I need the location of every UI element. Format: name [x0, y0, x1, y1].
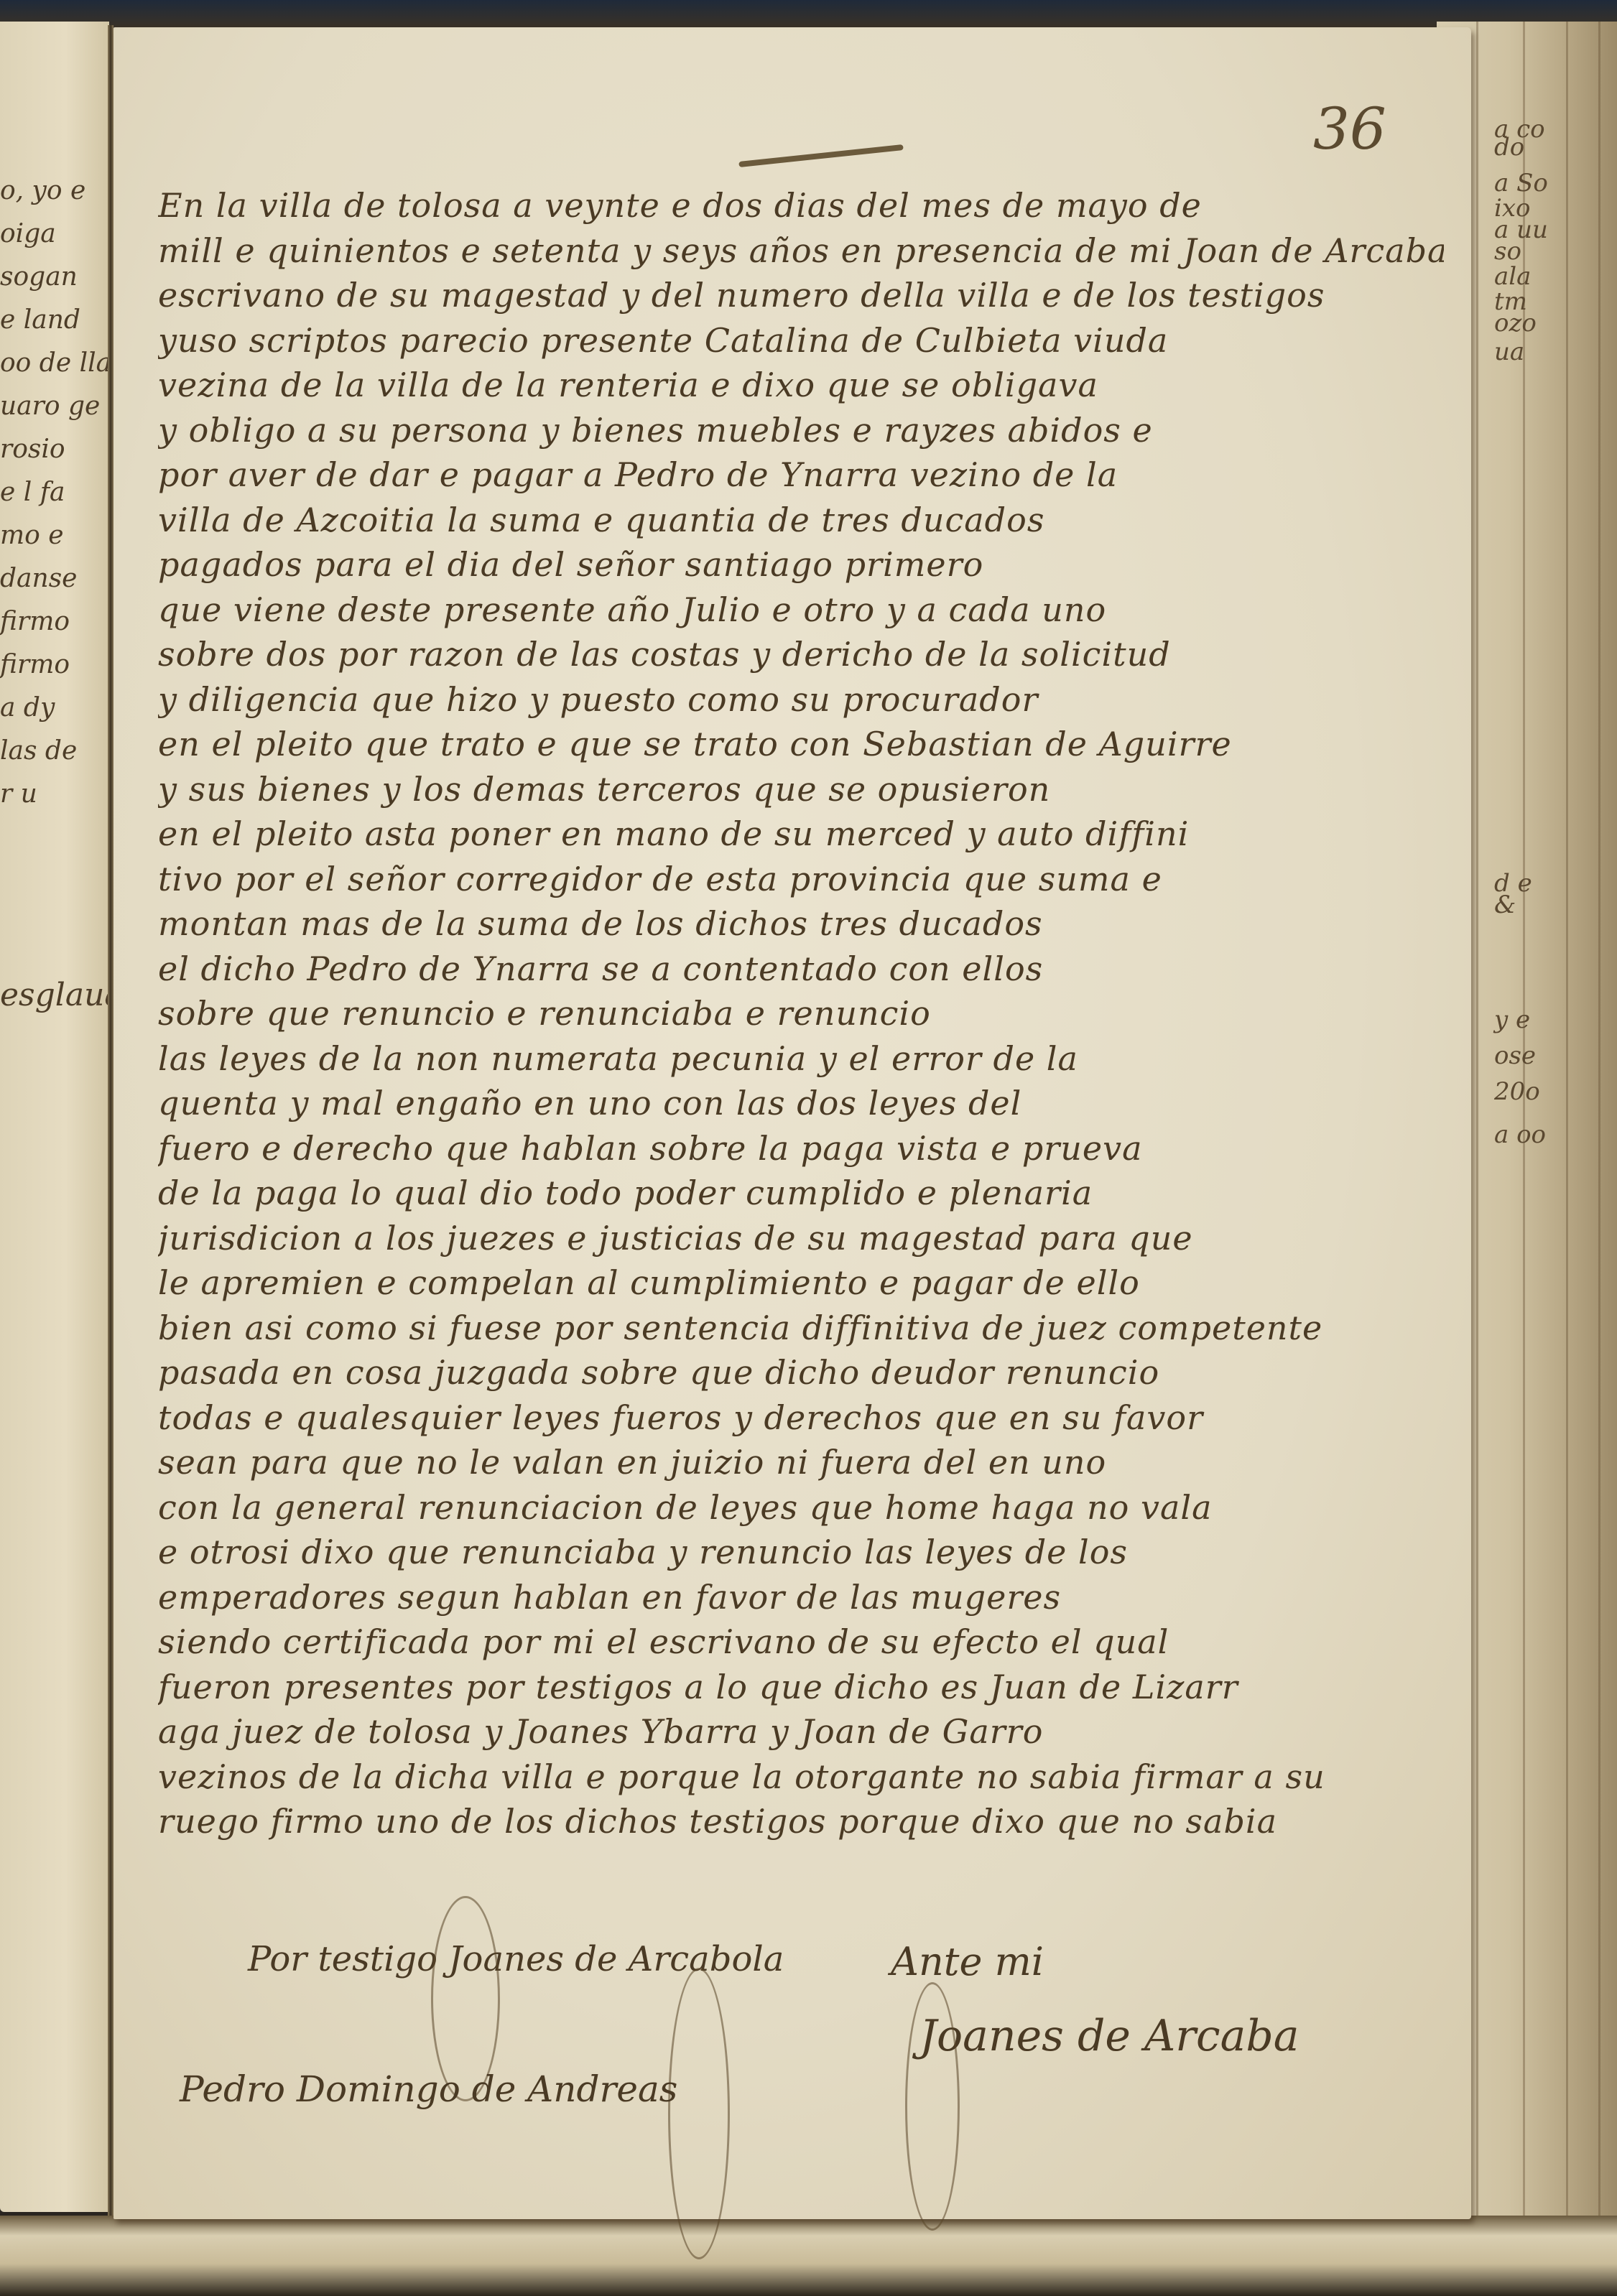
left-page-fragment: mo e [0, 521, 108, 550]
margin-fragment: a So [1494, 169, 1548, 197]
text-line: de la paga lo qual dio todo poder cumpli… [158, 1171, 1444, 1216]
text-line: en el pleito asta poner en mano de su me… [158, 812, 1444, 857]
text-line: aga juez de tolosa y Joanes Ybarra y Joa… [158, 1709, 1444, 1754]
left-page-fragment: e land [0, 305, 108, 335]
text-line: fueron presentes por testigos a lo que d… [158, 1665, 1444, 1710]
text-line: y sus bienes y los demas terceros que se… [158, 767, 1444, 812]
left-page-fragment: e l fa [0, 478, 108, 507]
left-page-fragment: a dy [0, 693, 108, 722]
text-line: pagados para el dia del señor santiago p… [158, 542, 1444, 587]
left-page-fragment: o, yo e [0, 176, 108, 205]
left-page-fragment: firmo [0, 607, 108, 636]
text-line: vezina de la villa de la renteria e dixo… [158, 363, 1444, 408]
signature-notary: Joanes de Arcaba [919, 2011, 1299, 2061]
text-line: sean para que no le valan en juizio ni f… [158, 1440, 1444, 1485]
margin-fragment: a oo [1494, 1120, 1546, 1149]
left-page-fragment: las de [0, 736, 108, 766]
text-line: montan mas de la suma de los dichos tres… [158, 901, 1444, 947]
text-line: En la villa de tolosa a veynte e dos dia… [158, 183, 1444, 228]
margin-fragment: ala [1494, 262, 1531, 291]
text-line: y diligencia que hizo y puesto como su p… [158, 677, 1444, 722]
header-flourish [738, 144, 904, 167]
folio-number: 36 [1313, 96, 1386, 162]
text-line: e otrosi dixo que renunciaba y renuncio … [158, 1530, 1444, 1575]
margin-fragment: & [1494, 891, 1516, 919]
text-line: ruego firmo uno de los dichos testigos p… [158, 1799, 1444, 1844]
text-line: escrivano de su magestad y del numero de… [158, 273, 1444, 318]
scanner-background-top [0, 0, 1617, 29]
left-page-fragment: firmo [0, 650, 108, 679]
left-page-fragment: sogan [0, 262, 108, 292]
text-line: pasada en cosa juzgada sobre que dicho d… [158, 1350, 1444, 1395]
signature-flourish [668, 1968, 730, 2259]
text-line: con la general renunciacion de leyes que… [158, 1485, 1444, 1530]
text-line: emperadores segun hablan en favor de las… [158, 1575, 1444, 1620]
signature-second: Pedro Domingo de Andreas [180, 2068, 677, 2110]
margin-fragment: ozo [1494, 309, 1537, 338]
text-line: siendo certificada por mi el escrivano d… [158, 1619, 1444, 1665]
text-line: tivo por el señor corregidor de esta pro… [158, 857, 1444, 902]
text-line: mill e quinientos e setenta y seys años … [158, 228, 1444, 274]
text-line: vezinos de la dicha villa e porque la ot… [158, 1754, 1444, 1800]
margin-fragment: y e [1494, 1005, 1530, 1034]
text-line: quenta y mal engaño en uno con las dos l… [158, 1081, 1444, 1126]
text-line: yuso scriptos parecio presente Catalina … [158, 318, 1444, 363]
left-page-fragment: rosio [0, 434, 108, 464]
text-line: sobre que renuncio e renunciaba e renunc… [158, 991, 1444, 1036]
left-page-fragment: r u [0, 779, 108, 809]
text-line: las leyes de la non numerata pecunia y e… [158, 1036, 1444, 1082]
left-page-fragment: uaro ge [0, 391, 108, 421]
margin-fragment: ose [1494, 1041, 1536, 1070]
left-page-fragment: oo de lla [0, 348, 108, 378]
text-line: en el pleito que trato e que se trato co… [158, 722, 1444, 767]
margin-fragment: so [1494, 237, 1521, 266]
book-gutter [108, 25, 113, 2223]
page-stack-bottom [0, 2216, 1617, 2296]
text-line: bien asi como si fuese por sentencia dif… [158, 1306, 1444, 1351]
margin-fragment: do [1494, 133, 1524, 162]
left-facing-page: o, yo e oiga sogan e land oo de lla uaro… [0, 22, 109, 2212]
text-line: por aver de dar e pagar a Pedro de Ynarr… [158, 452, 1444, 498]
signature-flourish [905, 1982, 960, 2231]
margin-fragment: 20o [1494, 1077, 1540, 1106]
text-line: jurisdicion a los juezes e justicias de … [158, 1216, 1444, 1261]
text-line: villa de Azcoitia la suma e quantia de t… [158, 498, 1444, 543]
text-line: que viene deste presente año Julio e otr… [158, 587, 1444, 633]
left-page-fragment: oiga [0, 219, 108, 248]
text-line: el dicho Pedro de Ynarra se a contentado… [158, 947, 1444, 992]
manuscript-text: En la villa de tolosa a veynte e dos dia… [158, 183, 1444, 1844]
text-line: sobre dos por razon de las costas y deri… [158, 632, 1444, 677]
text-line: todas e qualesquier leyes fueros y derec… [158, 1395, 1444, 1441]
text-line: fuero e derecho que hablan sobre la paga… [158, 1126, 1444, 1171]
text-line: le apremien e compelan al cumplimiento e… [158, 1260, 1444, 1306]
margin-fragment: ua [1494, 338, 1524, 366]
signature-ante-mi: Ante mi [891, 1939, 1044, 1984]
left-page-fragment: esglaua [0, 977, 108, 1013]
text-line: y obligo a su persona y bienes muebles e… [158, 408, 1444, 453]
left-page-fragment: danse [0, 564, 108, 593]
